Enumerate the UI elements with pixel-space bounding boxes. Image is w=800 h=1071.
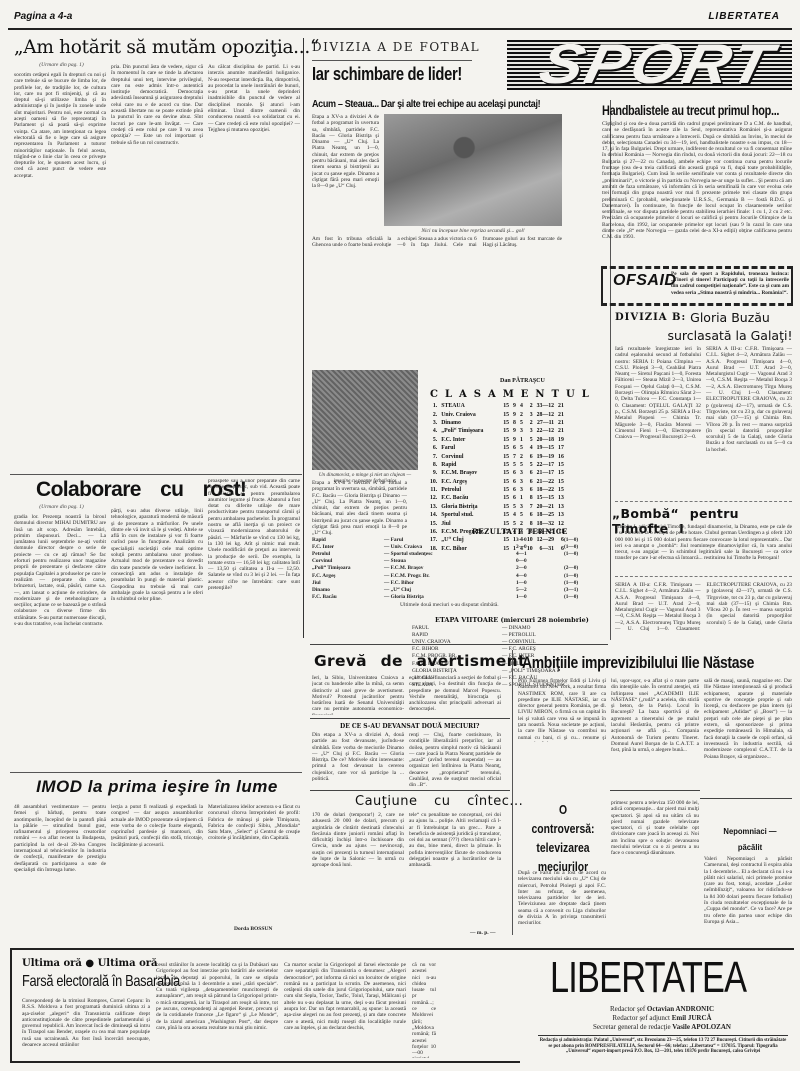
article-imod: IMOD la prima ieşire în lume 48 ansamblu…: [14, 776, 300, 936]
division-a-body-3: Etapa a XV-a a diviziei A de fotbal a pr…: [312, 480, 407, 640]
standings-row: 6.Farul1565419—1517: [428, 444, 566, 452]
page-number-label: Pagina a 4-a: [14, 11, 72, 22]
standings-row: 4.„Poli“ Timişoara1593322—1221: [428, 427, 566, 435]
article-colaborare: Colaborare cu rost! (Urmare din pag. 1) …: [14, 478, 300, 768]
standings-row: 7.Corvinul1572619—1916: [428, 452, 566, 460]
division-a-subtitle: Acum – Steaua... Dar şi alte trei echipe…: [312, 98, 540, 111]
ofsaid-label: OFSAID: [613, 272, 676, 290]
article-column-3: Au călcat disciplina de partid. Li s-au …: [208, 64, 300, 472]
ultima-ora-kicker: Ultima oră ● Ultima oră: [22, 958, 157, 969]
timofte-body: Timofte I, adică Daniel Timofte, fundaşu…: [615, 524, 792, 570]
division-b-col-1: Iată rezultatele înregistrate ieri în ca…: [615, 346, 701, 496]
article-column-3: Materializarea ideilor acestora s-a făcu…: [208, 804, 300, 922]
division-b-extra: SERIA A III-a: C.F.R. Timişoara — C.I.L.…: [615, 582, 792, 638]
results-note: Ultimele două meciuri s-au disputat sîmb…: [400, 602, 499, 608]
standings-row: 13.Gloria Bistriţa1553720—2113: [428, 503, 566, 511]
masthead-divider: [538, 1035, 788, 1036]
results-title: REZULTATE TEHNICE: [472, 527, 568, 536]
division-b-col-2: SERIA A III-a: C.F.R. Timişoara — C.I.L.…: [706, 346, 792, 496]
controversa-title-text: O controversă: televizarea meciurilor: [527, 800, 599, 876]
cautiune-col-2: tele“ cu penalitate ne conceptual, cei d…: [409, 812, 501, 930]
ultima-ora-col-2: cesul străinilor în aceste localităţi ca…: [156, 962, 278, 1058]
article-column-1: gradia lor. Prezenţa noastră la biroul d…: [14, 514, 106, 764]
section-divider: [615, 501, 792, 502]
secretary-line: Secretar general de redacţie Vasile APOL…: [530, 1023, 794, 1032]
secretary-role: Secretar general de redacţie: [593, 1023, 671, 1031]
sport-banner: SPORT: [507, 40, 792, 90]
standings-row: 11.Petrolul1563618—2215: [428, 486, 566, 494]
greva-col-2: economico-financiară a secţiei de fotbal…: [409, 675, 501, 715]
standings-row: 10.F.C. Argeş1563621—2215: [428, 478, 566, 486]
header-masthead: LIBERTATEA: [708, 11, 780, 22]
masthead-name: LIBERTATEA: [550, 954, 746, 1002]
article-column-2: lecţia a putut fi realizată şi expediată…: [111, 804, 203, 934]
controversa-col-1: După ce Farul nu a fost de acord cu tele…: [518, 870, 606, 934]
ultima-ora-col-4: că nu vor acestei nici n-au chidea lusat…: [412, 962, 436, 1058]
section-divider: [10, 772, 302, 773]
deputy-editor-line: Redactor şef adjunct Emil JURCĂ: [530, 1014, 794, 1023]
section-divider: [10, 474, 302, 475]
devansat-col-2: renţi — Cluj, foarte costisitoare, în co…: [409, 732, 501, 786]
division-a-title: Iar schimbare de lider!: [312, 62, 462, 86]
division-a-kicker: DIVIZIA A DE FOTBAL: [312, 40, 480, 54]
editor-name: Octavian ANDRONIC: [647, 1005, 714, 1013]
greva-title: Grevă de avertisment: [314, 652, 526, 670]
deputy-editor-role: Redactor şef adjunct: [612, 1014, 670, 1022]
page-header: Pagina a 4-a LIBERTATEA: [0, 0, 800, 30]
standings-title: CLASAMENTUL: [430, 389, 596, 400]
article-column-1: socotim cetăţeni egali în drepturi cu no…: [14, 72, 106, 472]
editor-role: Redactor şef: [610, 1005, 645, 1013]
fixture-row: FARUL— DINAMO: [410, 624, 610, 631]
article-title: IMOD la prima ieşire în lume: [14, 776, 300, 798]
controversa-col-2: primesc pentru a televiza 150 000 de lei…: [611, 800, 699, 934]
article-column-1: 48 ansambluri vestimentare — pentru feme…: [14, 804, 106, 934]
ofsaid-box: OFSAID Pe sala de sport a Rapidului, tro…: [601, 266, 793, 306]
standings-row: 8.Rapid1555522—1715: [428, 461, 566, 469]
editor-line: Redactor şef Octavian ANDRONIC: [530, 1005, 794, 1014]
standings-row: 3.Dinamo1585227—1121: [428, 419, 566, 427]
action-photo: [312, 370, 418, 470]
secretary-name: Vasile APOLOZAN: [672, 1023, 731, 1031]
cautiune-title: Cauţiune cu cîntec...: [355, 794, 523, 809]
continued-note: (Urmare din pag. 1): [14, 504, 109, 510]
controversa-title: O controversă: televizarea meciurilor: [518, 800, 608, 876]
ofsaid-body: Pe sala de sport a Rapidului, troneaza l…: [671, 271, 789, 296]
section-divider: [610, 790, 700, 791]
ultima-ora-col-3: Ca martor ocular la Grigoriopol al farse…: [284, 962, 406, 1058]
byline: Dan PĂTRAŞCU: [500, 378, 545, 384]
handbal-body: Cîştigînd şi cea de-a doua partidă din c…: [602, 121, 792, 259]
article-column-2: părţi, s-au adus diverse utilaje, linii …: [111, 508, 203, 764]
standings-row: 1.STEAUA1594233—1221: [428, 402, 566, 410]
standings-row: 12.F.C. Bacău1561815—1513: [428, 494, 566, 502]
standings-row: 5.F.C. Inter1591520—1819: [428, 436, 566, 444]
article-opozitia: „Am hotărit să mutăm opoziţia...“ (Urmar…: [14, 36, 300, 472]
section-divider: [310, 718, 510, 719]
column-divider: [303, 38, 304, 638]
match-photo: [384, 114, 562, 226]
nastase-col-2: lui, uşor-uşor, s-a aflat şi o mare part…: [611, 678, 699, 778]
nepomniaci-body: Valeri Nepomniaşci a părăsit Camerunul, …: [704, 856, 792, 934]
division-a-body-2: Am fost în tribuna oficială la Ghencea u…: [312, 236, 562, 360]
nastase-title: Ambiţiile imprevizibilului Ilie Năstase: [522, 652, 754, 674]
header-divider: [8, 28, 792, 30]
continued-note: (Urmare din pag. 1): [14, 62, 109, 68]
nastase-col-1: Prin fuziunea firmelor Eddi şi Liviu şi …: [518, 678, 606, 742]
photo-caption: Nici nu începuse bine repriza secundă şi…: [384, 228, 562, 234]
article-title: „Am hotărit să mutăm opoziţia...“: [14, 36, 300, 60]
imprint: Redacţia şi administraţia: Palatul „Univ…: [538, 1038, 788, 1055]
column-divider: [512, 650, 513, 935]
deputy-editor-name: Emil JURCĂ: [672, 1014, 712, 1022]
standings-row: 9.F.C.M. Braşov1563621—1715: [428, 469, 566, 477]
section-divider: [310, 644, 608, 645]
standings-row: 2.Univ. Craiova1592328—1221: [428, 410, 566, 418]
kicker-underline: [312, 60, 472, 61]
devansat-title: DE CE S-AU DEVANSAT DOUĂ MECIURI?: [340, 723, 479, 730]
next-round-title: ETAPA VIITOARE (miercuri 28 noiembrie): [435, 616, 589, 624]
fixture-row: RAPID— PETROLUL: [410, 631, 610, 638]
ultima-ora-box: Ultima oră ● Ultima oră Farsă electorală…: [10, 950, 520, 1063]
byline: — m. p. —: [470, 930, 496, 936]
sport-banner-text: SPORT: [534, 40, 781, 90]
masthead: LIBERTATEA Redactor şef Octavian ANDRONI…: [530, 950, 794, 1065]
section-divider: [310, 790, 510, 791]
standings-row: 14.Sportul stud.1545618—2513: [428, 511, 566, 519]
handbal-title: Handbalistele au trecut primul hop...: [602, 101, 779, 119]
article-column-2: pria. Din punctul ăsta de vedere, sigur …: [111, 64, 203, 472]
nepomniaci-title: Nepomniaci — păcălit: [716, 823, 784, 855]
division-b-title: Gloria Buzău surclasată la Galaţi!: [660, 309, 800, 345]
article-column-3: proaspete sau a unor preparate din carne…: [208, 478, 300, 764]
byline: Dorda BOSSUN: [234, 926, 272, 932]
devansat-col-1: Din etapa a XV-a a diviziei A, două part…: [312, 732, 404, 786]
ultima-ora-col-1: Corespondenţi de la trimisul Rompres, Co…: [22, 998, 150, 1058]
division-a-body-1: Etapa a XV-a a diviziei A de fotbal a pr…: [312, 114, 379, 229]
section-divider: [615, 576, 792, 577]
cautiune-col-1: 170 de dolari (temporar!) 2, care ne adu…: [312, 812, 404, 934]
greva-col-1: Ieri, la Sibiu, Universitatea Craiova a …: [312, 675, 404, 715]
nastase-col-3: sală de masaj, saună, magazine etc. Dar …: [704, 678, 792, 788]
section-divider: [700, 798, 792, 799]
